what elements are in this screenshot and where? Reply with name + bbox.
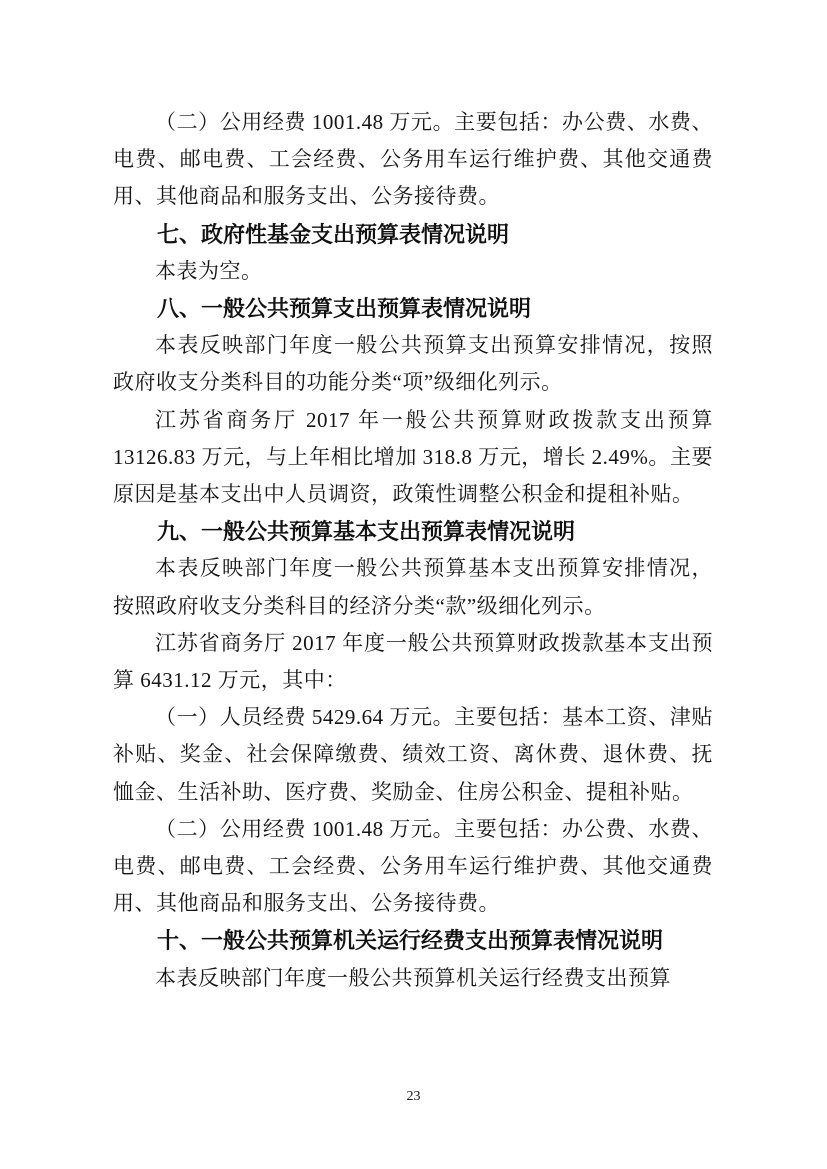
document-page: （二）公用经费 1001.48 万元。主要包括：办公费、水费、电费、邮电费、工会… (0, 0, 827, 1169)
paragraph-personnel-expenses: （一）人员经费 5429.64 万元。主要包括：基本工资、津贴补贴、奖金、社会保… (113, 699, 713, 811)
paragraph-public-expenses: （二）公用经费 1001.48 万元。主要包括：办公费、水费、电费、邮电费、工会… (113, 811, 713, 923)
paragraph-section-8-figures: 江苏省商务厅 2017 年一般公共预算财政拨款支出预算 13126.83 万元，… (113, 402, 713, 514)
paragraph-table-empty: 本表为空。 (113, 253, 713, 290)
heading-section-10-agency-operating-expenses: 十、一般公共预算机关运行经费支出预算表情况说明 (113, 922, 713, 959)
paragraph-section-9-intro: 本表反映部门年度一般公共预算基本支出预算安排情况，按照政府收支分类科目的经济分类… (113, 550, 713, 624)
heading-section-9-basic-expenditure: 九、一般公共预算基本支出预算表情况说明 (113, 513, 713, 550)
page-number: 23 (0, 1089, 827, 1105)
paragraph-section-9-figures: 江苏省商务厅 2017 年度一般公共预算财政拨款基本支出预算 6431.12 万… (113, 625, 713, 699)
paragraph-section-10-intro: 本表反映部门年度一般公共预算机关运行经费支出预算 (113, 960, 713, 997)
heading-section-7-government-funds: 七、政府性基金支出预算表情况说明 (113, 216, 713, 253)
paragraph-public-expenses-continued: （二）公用经费 1001.48 万元。主要包括：办公费、水费、电费、邮电费、工会… (113, 104, 713, 216)
heading-section-8-general-budget-expenditure: 八、一般公共预算支出预算表情况说明 (113, 290, 713, 327)
document-content: （二）公用经费 1001.48 万元。主要包括：办公费、水费、电费、邮电费、工会… (113, 104, 713, 997)
paragraph-section-8-intro: 本表反映部门年度一般公共预算支出预算安排情况，按照政府收支分类科目的功能分类“项… (113, 327, 713, 401)
